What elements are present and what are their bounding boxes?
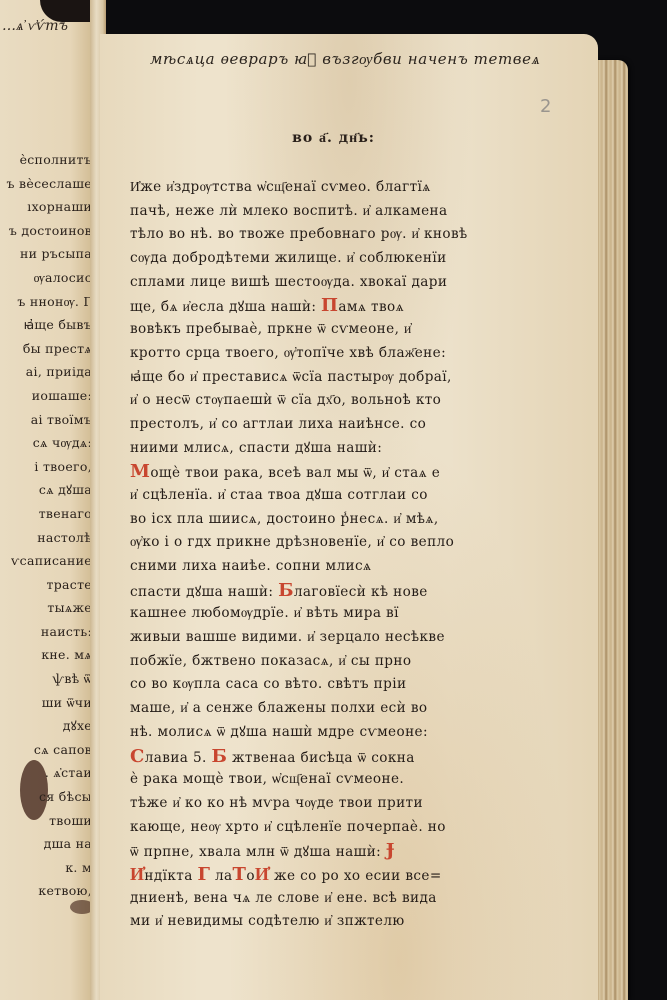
line-text: живыи вашше видими. и҆ зерцало несѣкве [130, 629, 445, 645]
rubric-initial: Ɉ [386, 840, 395, 861]
text-line: ниими млисѧ, спасти дꙋша нашѝ: [130, 437, 560, 461]
left-text-line: бы престѧ [0, 337, 92, 361]
left-page: …ѧ҆ ѵ҆ѵ́тъ ѐсполнитъъ вѐсеслашеıхорнашиъ… [0, 0, 100, 1000]
text-line: сплами лице вишѣ шестоѹда. хвокаї дари [130, 271, 560, 295]
main-text-block: И҆же и҆здрѹтства ѡ҆сщ҃енаї сѵмео. благтї… [130, 176, 560, 934]
left-text-line: иошаше: [0, 384, 92, 408]
line-text: со во кѹпла саса со вѣто. свѣтъ пріи [130, 676, 406, 692]
rubric-initial: С [130, 746, 145, 767]
text-line: вовѣкъ пребываѐ, пркне ѿ сѵмеоне, и҆ [130, 318, 560, 342]
line-text: тѣже и҆ ко ко нѣ мѵра чѹде твои прити [130, 795, 423, 811]
line-text: побжїе, бжтвено показасѧ, и҆ сы прно [130, 653, 411, 669]
left-text-line: ъ ннонѹ. Г [0, 290, 92, 314]
marginal-heading: мѣсѧца ѳевраръ ꙗ҆ възгѹбви наченъ тетвеѧ [150, 50, 590, 69]
text-line: во ісх пла шиисѧ, достоино р̾несѧ. и҆ мѣ… [130, 508, 560, 532]
left-text-line: ъ достоинов [0, 219, 92, 243]
line-text: ꙗ҆ще бо и҆ престависѧ ѿсїа пастырѹ добра… [130, 369, 452, 385]
left-text-line: сѧ дꙋша [0, 478, 92, 502]
text-line: кашнее любомѹдрїе. и҆ вѣть мира вї [130, 602, 560, 626]
left-page-text: ѐсполнитъъ вѐсеслашеıхорнашиъ достоиновн… [0, 148, 92, 903]
text-line: живыи вашше видими. и҆ зерцало несѣкве [130, 626, 560, 650]
left-text-line: ѵсаписание [0, 549, 92, 573]
left-text-line: ни ръсыпа [0, 242, 92, 266]
text-line: тѣло во нѣ. во твоже пребовнаго рѹ. и҆ к… [130, 223, 560, 247]
text-line: дниенѣ, вена чѧ ле слове и҆ ене. всѣ вид… [130, 887, 560, 911]
left-text-line: і твоего, [0, 455, 92, 479]
rubric-letter: И҆ [255, 864, 269, 885]
left-text-line: настолѣ [0, 526, 92, 550]
text-line: Мощѐ твои рака, всеѣ вал мы ѿ, и҆ стаѧ е [130, 460, 560, 484]
line-text: во ісх пла шиисѧ, достоино р̾несѧ. и҆ мѣ… [130, 511, 439, 527]
text-line: сними лиха наиѣе. сопни млисѧ [130, 555, 560, 579]
line-text: нѣ. молисѧ ѿ дꙋша нашѝ мдре сѵмеоне: [130, 724, 428, 740]
left-text-line: кне. мѧ [0, 643, 92, 667]
text-line: ѿ прпне, хвала млн ѿ дꙋша нашѝ: Ɉ [130, 839, 560, 863]
left-text-line: ꙗ҆ще бывъ [0, 313, 92, 337]
left-text-line: ши ѿчи [0, 691, 92, 715]
line-text: же со ро хо есии все= [269, 868, 441, 884]
text-line: Славиа 5. Б жтвенаа бисѣца ѿ сокна [130, 745, 560, 769]
line-text: кашнее любомѹдрїе. и҆ вѣть мира вї [130, 605, 399, 621]
rubric-initial: Б [278, 580, 294, 601]
text-line: и҆ о несѿ стѹпаешѝ ѿ сїа дх҃о, вольноѣ к… [130, 389, 560, 413]
left-text-line: дꙋхе [0, 714, 92, 738]
line-text: тѣло во нѣ. во твоже пребовнаго рѹ. и҆ к… [130, 226, 468, 242]
line-text: маше, и҆ а сенже блажены полхи есѝ во [130, 700, 428, 716]
text-line: И҆же и҆здрѹтства ѡ҆сщ҃енаї сѵмео. благтї… [130, 176, 560, 200]
rubric-initial: И҆ [130, 864, 144, 885]
line-text: ощѐ твои рака, всеѣ вал мы ѿ, и҆ стаѧ е [150, 465, 440, 481]
left-text-line: наисть: [0, 620, 92, 644]
left-text-line: сѧ чѹдѧ: [0, 431, 92, 455]
line-text: жтвенаа бисѣца ѿ сокна [227, 750, 414, 766]
text-line: тѣже и҆ ко ко нѣ мѵра чѹде твои прити [130, 792, 560, 816]
text-line: ѹ҆ко і о гдх прикне дрѣзновенїе, и҆ со в… [130, 531, 560, 555]
text-line: пачѣ, неже лѝ млеко воспитѣ. и҆ алкамена [130, 200, 560, 224]
left-text-line: ъ вѐсеслаше [0, 172, 92, 196]
text-line: ꙗ҆ще бо и҆ престависѧ ѿсїа пастырѹ добра… [130, 366, 560, 390]
line-text: сѹда добродѣтеми жилище. и҆ соблюкенїи [130, 250, 447, 266]
line-text: ми и҆ невидимы содѣтелю и҆ зпжтелю [130, 913, 405, 929]
text-line: кротто срца твоего, ѹ҆топїче хвѣ блаж҃ен… [130, 342, 560, 366]
line-text: спасти дꙋша нашѝ: [130, 584, 278, 600]
text-line: ѐ рака мощѐ твои, ѡ҆сщ҃енаї сѵмеоне. [130, 768, 560, 792]
rubric-initial: Б [212, 746, 228, 767]
line-text: И҆же и҆здрѹтства ѡ҆сщ҃енаї сѵмео. благтї… [130, 179, 431, 195]
rubric-initial: П [321, 295, 338, 316]
line-text: вовѣкъ пребываѐ, пркне ѿ сѵмеоне, и҆ [130, 321, 412, 337]
line-text: о [246, 868, 255, 884]
left-text-line: аі, приіда [0, 360, 92, 384]
line-text: престолъ, и҆ со агтлаи лиха наиѣнсе. со [130, 416, 426, 432]
text-line: побжїе, бжтвено показасѧ, и҆ сы прно [130, 650, 560, 674]
line-text: кающе, неѹ хрто и҆ сцѣленїе почерпаѐ. но [130, 819, 446, 835]
line-text: ла [210, 868, 232, 884]
text-line: кающе, неѹ хрто и҆ сцѣленїе почерпаѐ. но [130, 816, 560, 840]
text-line: ми и҆ невидимы содѣтелю и҆ зпжтелю [130, 910, 560, 934]
line-text: ще, бѧ и҆есла дꙋша нашѝ: [130, 299, 321, 315]
line-text: сплами лице вишѣ шестоѹда. хвокаї дари [130, 274, 447, 290]
rubric-initial: М [130, 461, 150, 482]
left-text-line: ся бѣсы [0, 785, 92, 809]
left-text-line: кетвою, [0, 879, 92, 903]
left-text-line: ѐсполнитъ [0, 148, 92, 172]
line-text: лаговїесѝ кѣ нове [294, 584, 428, 600]
line-text: и҆ о несѿ стѹпаешѝ ѿ сїа дх҃о, вольноѣ к… [130, 392, 441, 408]
text-line: ще, бѧ и҆есла дꙋша нашѝ: Памѧ твоѧ [130, 294, 560, 318]
left-text-line: к. м [0, 856, 92, 880]
text-line: спасти дꙋша нашѝ: Благовїесѝ кѣ нове [130, 579, 560, 603]
text-line: и҆ сцѣленїа. и҆ стаа твоа дꙋша сотглаи с… [130, 484, 560, 508]
line-text: ѹ҆ко і о гдх прикне дрѣзновенїе, и҆ со в… [130, 534, 454, 550]
line-text: и҆ сцѣленїа. и҆ стаа твоа дꙋша сотглаи с… [130, 487, 428, 503]
left-text-line: твоши [0, 809, 92, 833]
text-line: нѣ. молисѧ ѿ дꙋша нашѝ мдре сѵмеоне: [130, 721, 560, 745]
left-text-line: ıхорнаши [0, 195, 92, 219]
line-text: сними лиха наиѣе. сопни млисѧ [130, 558, 371, 574]
left-page-header: …ѧ҆ ѵ҆ѵ́тъ [2, 18, 68, 35]
text-line: И҆ндїкта Г лаТоИ҆ же со ро хо есии все= [130, 863, 560, 887]
left-text-line: тыѧже [0, 596, 92, 620]
left-text-line: ѱвѣ ѿ [0, 667, 92, 691]
section-title: во а҃. дн҃ь: [0, 130, 667, 147]
left-text-line: дша на [0, 832, 92, 856]
line-text: ѐ рака мощѐ твои, ѡ҆сщ҃енаї сѵмеоне. [130, 771, 404, 787]
text-line: со во кѹпла саса со вѣто. свѣтъ пріи [130, 673, 560, 697]
line-text: кротто срца твоего, ѹ҆топїче хвѣ блаж҃ен… [130, 345, 446, 361]
text-line: маше, и҆ а сенже блажены полхи есѝ во [130, 697, 560, 721]
line-text: пачѣ, неже лѝ млеко воспитѣ. и҆ алкамена [130, 203, 448, 219]
line-text: ѿ прпне, хвала млн ѿ дꙋша нашѝ: [130, 844, 386, 860]
text-line: престолъ, и҆ со агтлаи лиха наиѣнсе. со [130, 413, 560, 437]
folio-number: 2 [540, 96, 551, 117]
left-text-line: ѹалосис [0, 266, 92, 290]
line-text: дниенѣ, вена чѧ ле слове и҆ ене. всѣ вид… [130, 890, 437, 906]
line-text: амѧ твоѧ [338, 299, 404, 315]
line-text: ниими млисѧ, спасти дꙋша нашѝ: [130, 440, 382, 456]
left-text-line: трасте [0, 573, 92, 597]
rubric-letter: Г [197, 864, 210, 885]
left-text-line: твенаго [0, 502, 92, 526]
left-text-line: . ѧ҆стаи [0, 761, 92, 785]
line-text: ндїкта [144, 868, 197, 884]
left-text-line: аі твоїмъ [0, 408, 92, 432]
rubric-letter: Т [233, 864, 247, 885]
left-text-line: сѧ сапов [0, 738, 92, 762]
text-line: сѹда добродѣтеми жилище. и҆ соблюкенїи [130, 247, 560, 271]
line-text: лавиа 5. [145, 750, 212, 766]
